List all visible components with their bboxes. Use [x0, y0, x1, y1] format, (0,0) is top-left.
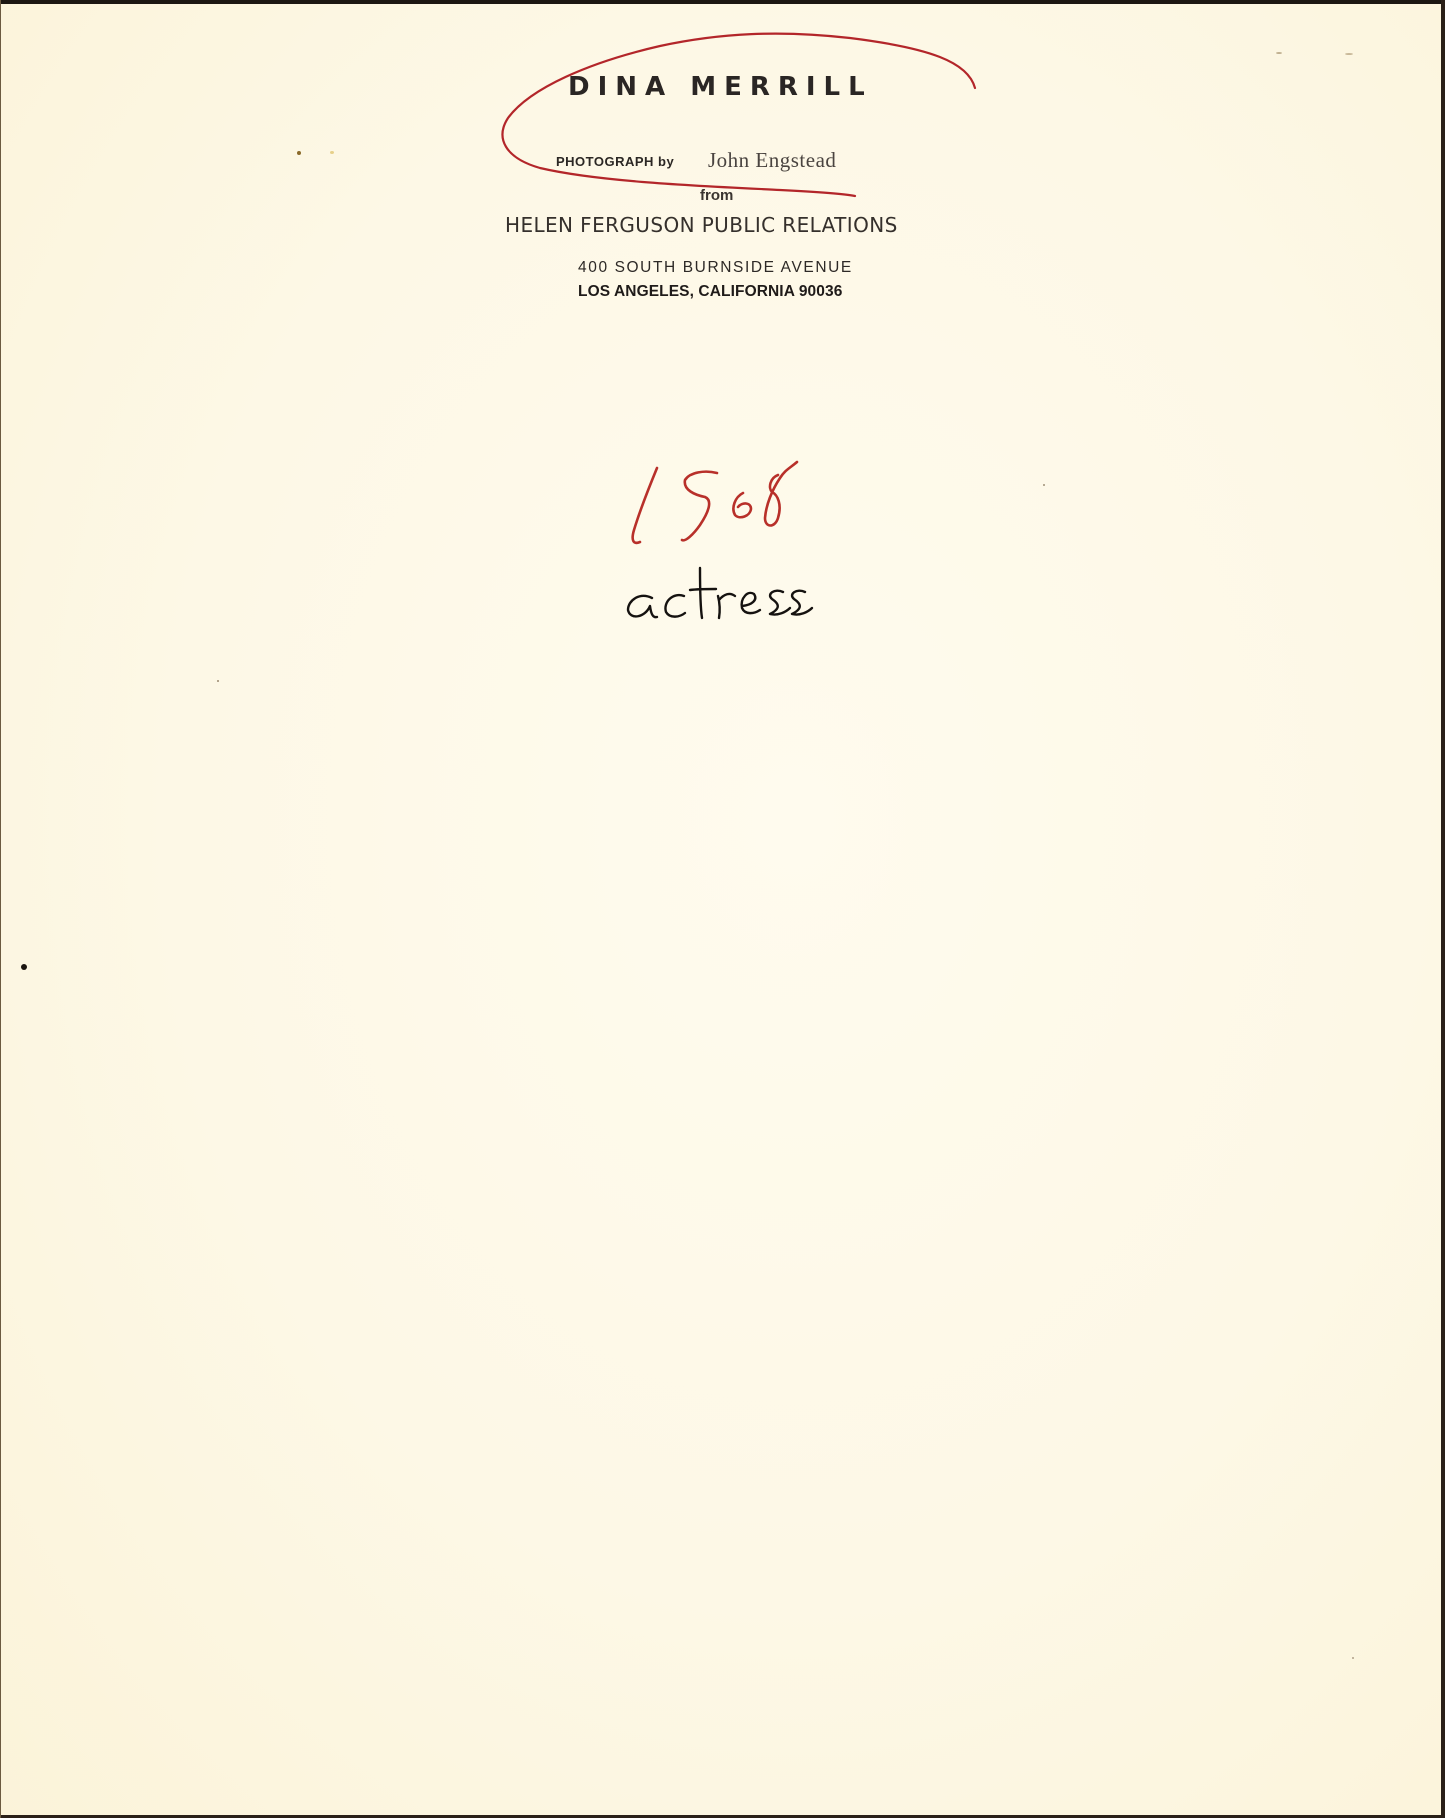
- paper-speck: [21, 964, 27, 970]
- paper-speck: [297, 151, 301, 155]
- agency-address-city: LOS ANGELES, CALIFORNIA 90036: [578, 283, 842, 301]
- scan-edge-right: [1441, 0, 1445, 1818]
- scan-edge-top: [0, 0, 1445, 4]
- agency-name: HELEN FERGUSON PUBLIC RELATIONS: [505, 213, 898, 237]
- agency-address-street: 400 SOUTH BURNSIDE AVENUE: [578, 259, 853, 277]
- paper-speck: [330, 151, 334, 154]
- scan-edge-left: [0, 0, 1, 1818]
- photograph-credit-prefix: PHOTOGRAPH by: [556, 154, 674, 169]
- photographer-name: John Engstead: [708, 148, 836, 173]
- paper-speck: [1276, 52, 1282, 54]
- paper-speck: [1345, 53, 1353, 55]
- paper-speck: [217, 680, 219, 682]
- paper-speck: [1043, 484, 1045, 486]
- from-label: from: [700, 187, 733, 204]
- subject-name-stamp: DINA MERRILL: [568, 72, 873, 102]
- paper-speck: [1352, 1657, 1354, 1659]
